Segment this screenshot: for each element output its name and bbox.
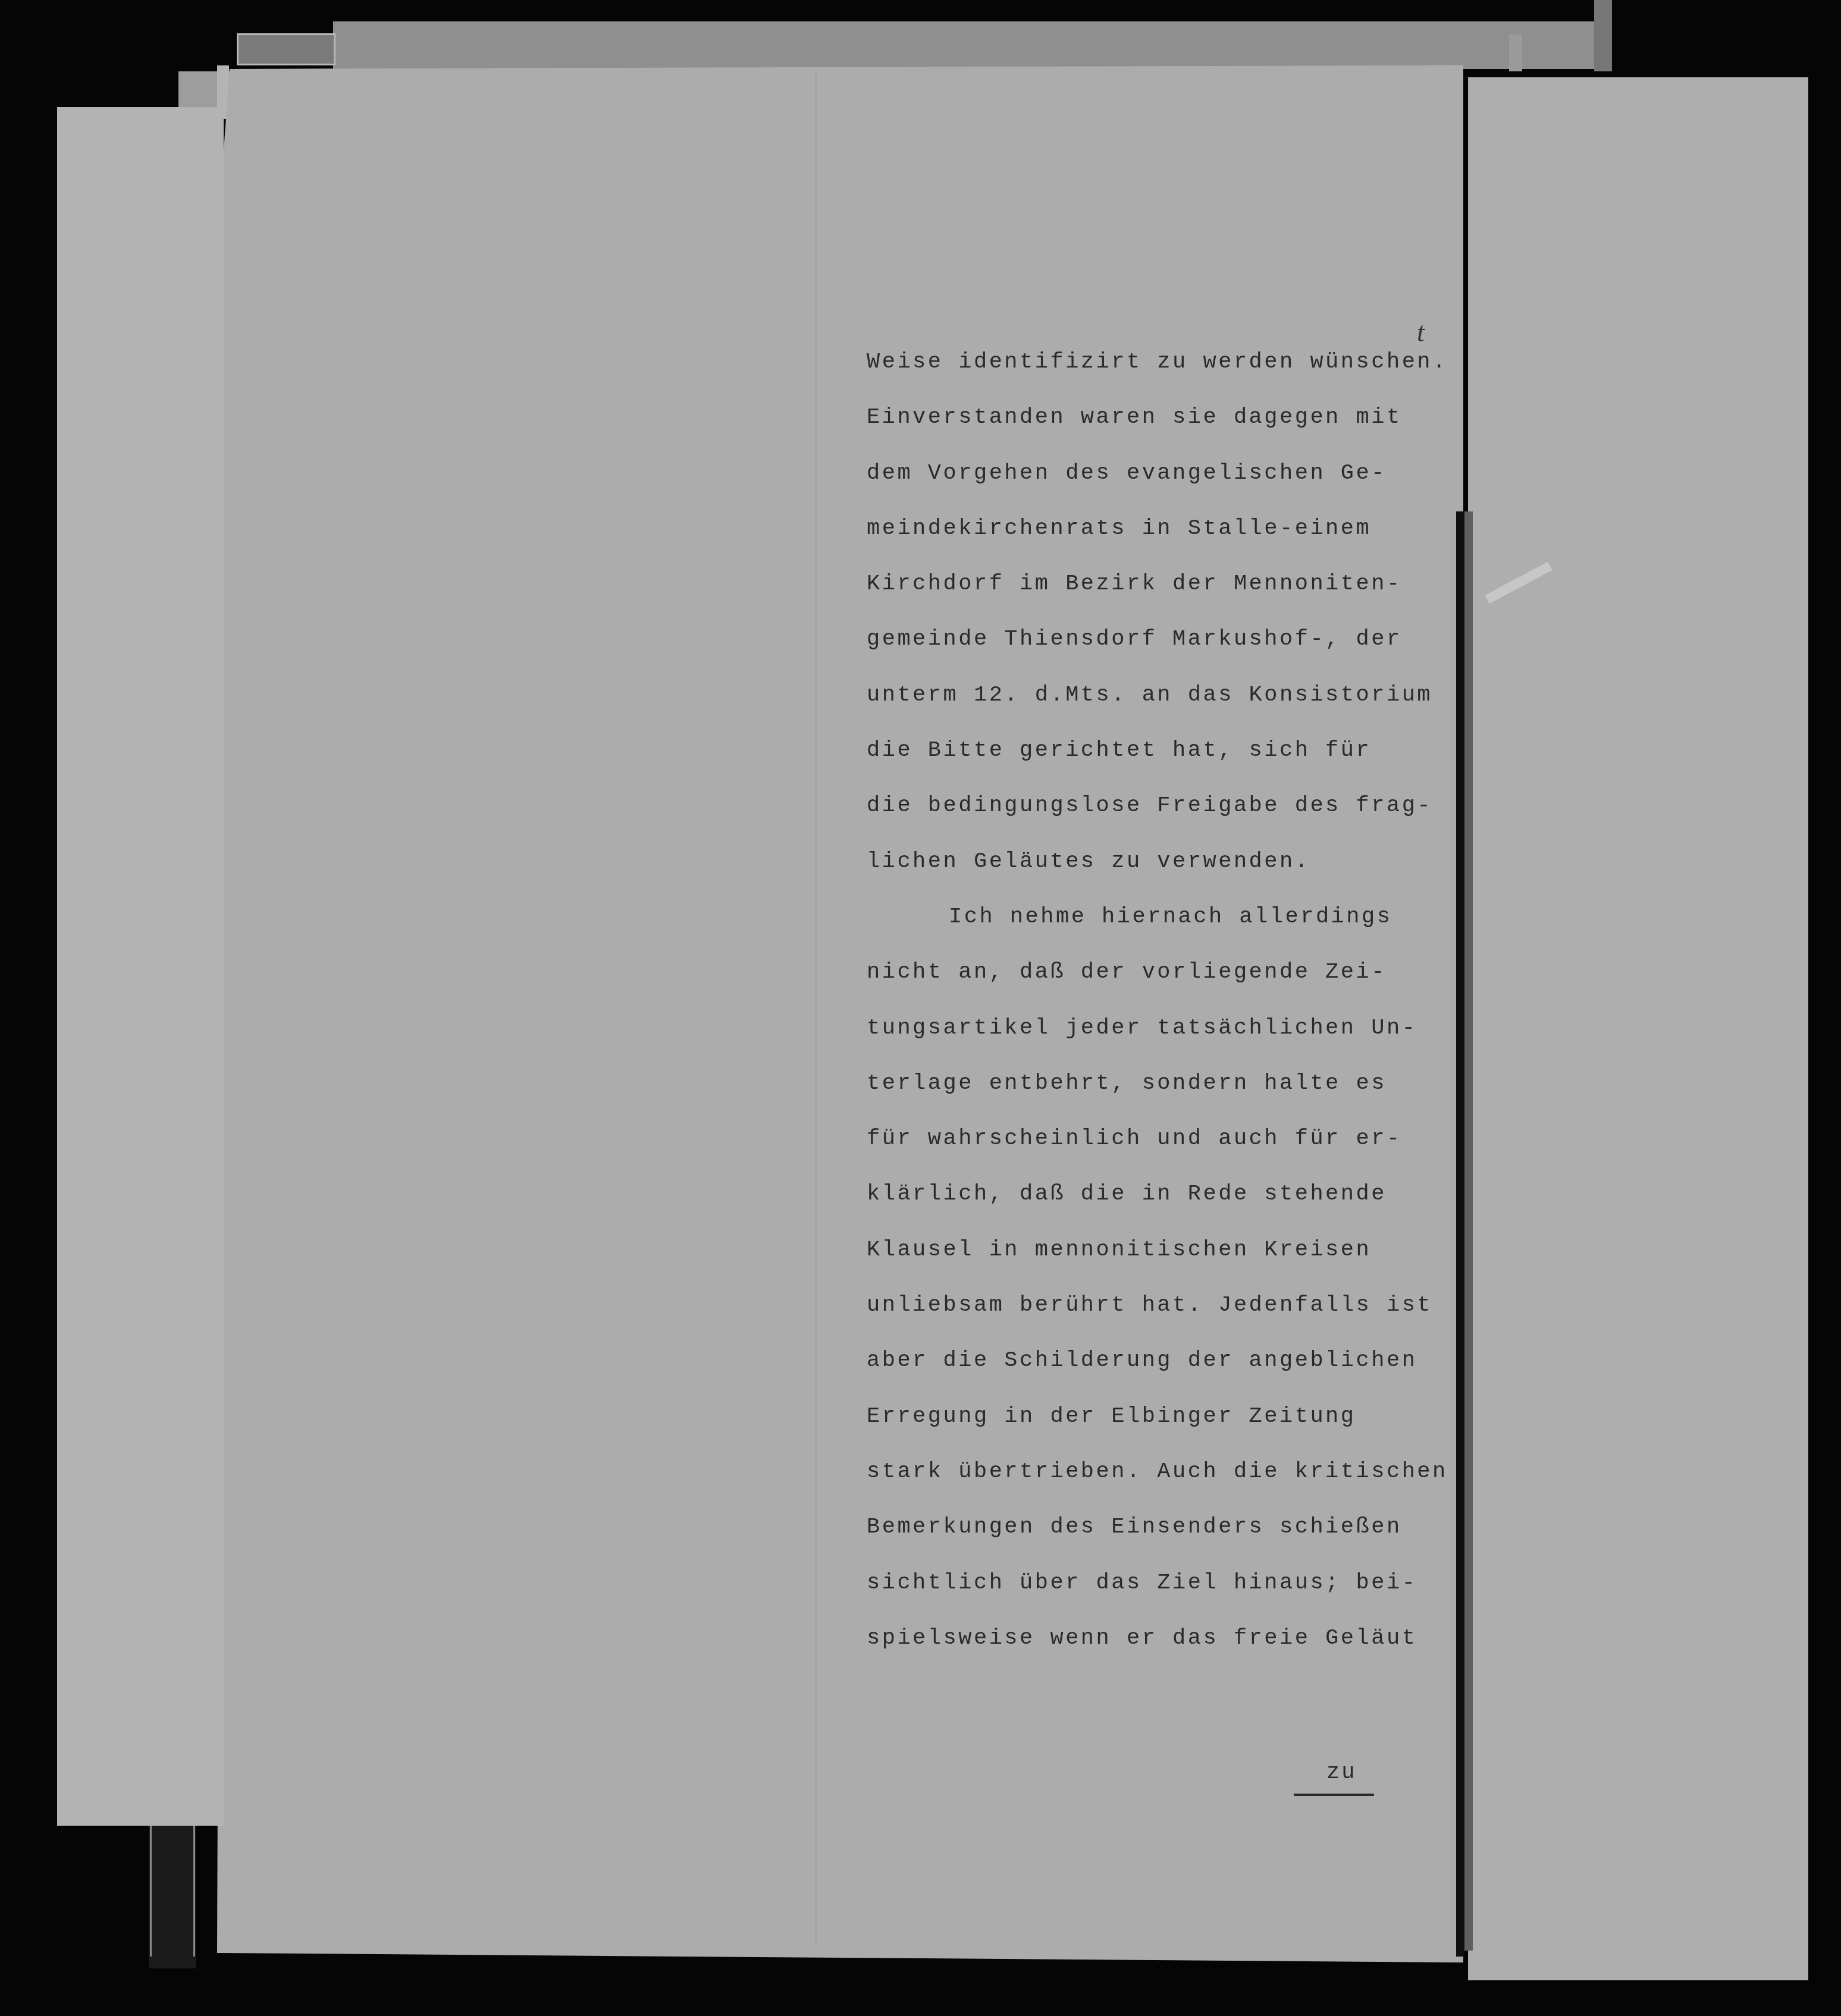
text-line: Ich nehme hiernach allerdings — [867, 890, 1491, 945]
text-line: spielsweise wenn er das freie Geläut — [867, 1611, 1491, 1666]
text-line: lichen Geläutes zu verwenden. — [867, 834, 1491, 890]
catchword-underline — [1294, 1794, 1374, 1796]
text-line: Einverstanden waren sie dagegen mit — [867, 390, 1491, 445]
text-line: Bemerkungen des Einsenders schießen — [867, 1500, 1491, 1555]
background-sheet-top — [333, 21, 1612, 69]
text-line: unterm 12. d.Mts. an das Konsistorium — [867, 668, 1491, 723]
page-stack-edge-lines — [150, 1826, 195, 1957]
left-overlapping-slip — [57, 107, 224, 1826]
text-line: nicht an, daß der vorliegende Zei- — [867, 945, 1491, 1000]
text-line: Kirchdorf im Bezirk der Mennoniten- — [867, 557, 1491, 612]
handwritten-correction: t — [1417, 316, 1425, 348]
text-line: sichtlich über das Ziel hinaus; bei- — [867, 1556, 1491, 1611]
text-line: dem Vorgehen des evangelischen Ge- — [867, 446, 1491, 501]
typed-body-text: Weise identifizirt zu werden wünschen.Ei… — [867, 335, 1491, 1666]
right-facing-sheet — [1468, 77, 1813, 1980]
text-line: die Bitte gerichtet hat, sich für — [867, 723, 1491, 778]
text-line: Weise identifizirt zu werden wünschen. — [867, 335, 1491, 390]
text-line: Klausel in mennonitischen Kreisen — [867, 1223, 1491, 1278]
text-line: stark übertrieben. Auch die kritischen — [867, 1445, 1491, 1500]
text-line: die bedingungslose Freigabe des frag- — [867, 778, 1491, 834]
background-sheet-tab — [237, 33, 335, 65]
text-line: gemeinde Thiensdorf Markushof-, der — [867, 612, 1491, 667]
text-line: terlage entbehrt, sondern halte es — [867, 1056, 1491, 1111]
text-line: aber die Schilderung der angeblichen — [867, 1333, 1491, 1389]
text-line: Erregung in der Elbinger Zeitung — [867, 1389, 1491, 1445]
text-line: meindekirchenrats in Stalle-einem — [867, 501, 1491, 557]
background-slip — [1509, 34, 1522, 71]
right-background — [1808, 77, 1841, 2016]
page-crease — [815, 71, 817, 1945]
text-line: tungsartikel jeder tatsächlichen Un- — [867, 1001, 1491, 1056]
background-slip — [1594, 0, 1612, 71]
catchword: zu — [1326, 1760, 1356, 1785]
text-line: klärlich, daß die in Rede stehende — [867, 1167, 1491, 1222]
text-line: für wahrscheinlich und auch für er- — [867, 1111, 1491, 1167]
text-line: unliebsam berührt hat. Jedenfalls ist — [867, 1278, 1491, 1333]
